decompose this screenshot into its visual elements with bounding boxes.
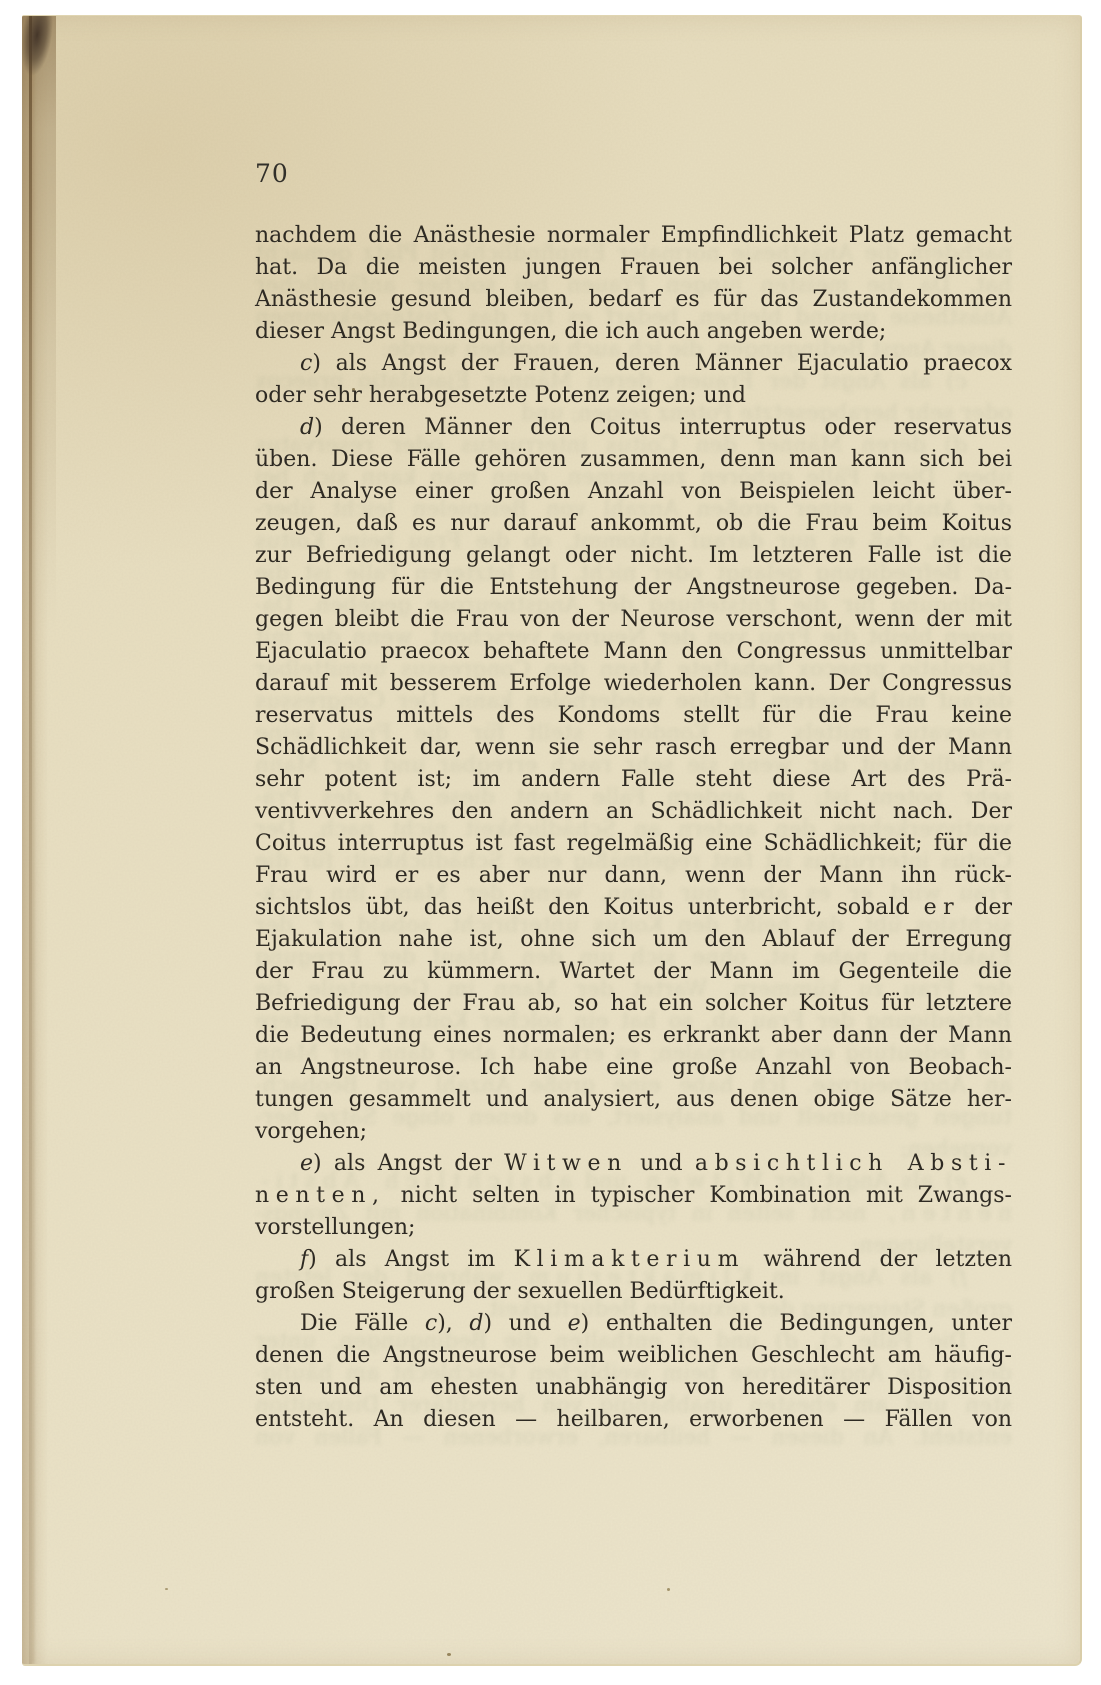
body-text: sichtslos übt, das heißt den Koitus unte… xyxy=(255,895,924,920)
text-line: Frau wird er es aber nur dann, wenn der … xyxy=(255,860,1012,892)
body-text: ) enthalten die Bedingungen, unter xyxy=(581,1311,1012,1336)
text-line: entsteht. An diesen — heilbaren, erworbe… xyxy=(255,1404,1012,1436)
paper-speck xyxy=(165,1588,168,1590)
body-text: ) und xyxy=(483,1311,567,1336)
body-text: sehr potent ist; im andern Falle steht d… xyxy=(255,767,1012,792)
body-text: nicht selten in typischer Kombination mi… xyxy=(386,1183,1012,1208)
body-text: Bedingung für die Entstehung der Angstne… xyxy=(255,575,1012,600)
paper-speck xyxy=(447,1653,451,1656)
body-text: der xyxy=(960,895,1012,920)
text-line: sehr potent ist; im andern Falle steht d… xyxy=(255,764,1012,796)
text-line: darauf mit besserem Erfolge wiederholen … xyxy=(255,668,1012,700)
letterspaced-text: absichtlich Absti- xyxy=(695,1151,1012,1176)
text-line: vorgehen; xyxy=(255,1116,1012,1148)
body-text: dieser Angst Bedingungen, die ich auch a… xyxy=(255,319,886,344)
text-line: gegen bleibt die Frau von der Neurose ve… xyxy=(255,604,1012,636)
letterspaced-text: nenten, xyxy=(255,1183,386,1208)
text-line: oder sehr herabgesetzte Potenz zeigen; u… xyxy=(255,380,1012,412)
body-text: oder sehr herabgesetzte Potenz zeigen; u… xyxy=(255,383,746,408)
text-line: Coitus interruptus ist fast regelmäßig e… xyxy=(255,828,1012,860)
text-line: dieser Angst Bedingungen, die ich auch a… xyxy=(255,316,1012,348)
body-text: Schädlichkeit dar, wenn sie sehr rasch e… xyxy=(255,735,1012,760)
text-line: nenten, nicht selten in typischer Kombin… xyxy=(255,1180,1012,1212)
text-line: nachdem die Anästhesie normaler Empfindl… xyxy=(255,220,1012,252)
text-line: Bedingung für die Entstehung der Angstne… xyxy=(255,572,1012,604)
text-line: die Bedeutung eines normalen; es erkrank… xyxy=(255,1020,1012,1052)
body-text: ), xyxy=(437,1311,469,1336)
body-text: großen Steigerung der sexuellen Bedürfti… xyxy=(255,1279,785,1304)
page-number: 70 xyxy=(255,159,289,188)
body-text: gegen bleibt die Frau von der Neurose ve… xyxy=(255,607,1012,632)
italic-text: c xyxy=(300,351,312,376)
text-line: zeugen, daß es nur darauf ankommt, ob di… xyxy=(255,508,1012,540)
body-text: nachdem die Anästhesie normaler Empfindl… xyxy=(255,223,1012,248)
book-page: nachdem die Anästhesie normaler Empfindl… xyxy=(22,15,1082,1666)
italic-text: d xyxy=(469,1311,483,1336)
paper-speck xyxy=(667,1588,670,1591)
body-text: darauf mit besserem Erfolge wiederholen … xyxy=(255,671,1012,696)
text-line: ventivverkehres den andern an Schädlichk… xyxy=(255,796,1012,828)
text-line: d) deren Männer den Coitus interruptus o… xyxy=(255,412,1012,444)
letterspaced-text: Witwen xyxy=(504,1151,628,1176)
letterspaced-text: er xyxy=(924,895,961,920)
body-text: die Bedeutung eines normalen; es erkrank… xyxy=(255,1023,1012,1048)
text-line: Ejaculatio praecox behaftete Mann den Co… xyxy=(255,636,1012,668)
body-text: während der letzten xyxy=(745,1247,1012,1272)
italic-text: c xyxy=(425,1311,437,1336)
body-text: Befriedigung der Frau ab, so hat ein sol… xyxy=(255,991,1012,1016)
corner-stain xyxy=(22,15,63,114)
text-line: Die Fälle c), d) und e) enthalten die Be… xyxy=(255,1308,1012,1340)
body-text: üben. Diese Fälle gehören zusammen, denn… xyxy=(255,447,1012,472)
body-text: Anästhesie gesund bleiben, bedarf es für… xyxy=(255,287,1012,312)
body-text: ) als Angst im xyxy=(308,1247,513,1272)
body-text: der Analyse einer großen Anzahl von Beis… xyxy=(255,479,1012,504)
text-line: c) als Angst der Frauen, deren Männer Ej… xyxy=(255,348,1012,380)
body-text: hat. Da die meisten jungen Frauen bei so… xyxy=(255,255,1012,280)
text-line: hat. Da die meisten jungen Frauen bei so… xyxy=(255,252,1012,284)
text-line: zur Befriedigung gelangt oder nicht. Im … xyxy=(255,540,1012,572)
text-line: Ejakulation nahe ist, ohne sich um den A… xyxy=(255,924,1012,956)
body-text: zeugen, daß es nur darauf ankommt, ob di… xyxy=(255,511,1012,536)
text-line: großen Steigerung der sexuellen Bedürfti… xyxy=(255,1276,1012,1308)
text-line: Anästhesie gesund bleiben, bedarf es für… xyxy=(255,284,1012,316)
binding-fold-line xyxy=(29,16,32,1664)
text-line: Befriedigung der Frau ab, so hat ein sol… xyxy=(255,988,1012,1020)
text-line: e) als Angst der Witwen und absichtlich … xyxy=(255,1148,1012,1180)
body-text: und xyxy=(628,1151,695,1176)
body-text: reservatus mittels des Kondoms stellt fü… xyxy=(255,703,1012,728)
text-block: nachdem die Anästhesie normaler Empfindl… xyxy=(255,220,1012,1436)
text-line: denen die Angstneurose beim weiblichen G… xyxy=(255,1340,1012,1372)
text-line: üben. Diese Fälle gehören zusammen, denn… xyxy=(255,444,1012,476)
text-line: der Analyse einer großen Anzahl von Beis… xyxy=(255,476,1012,508)
text-line: tungen gesammelt und analysiert, aus den… xyxy=(255,1084,1012,1116)
text-line: reservatus mittels des Kondoms stellt fü… xyxy=(255,700,1012,732)
text-line: an Angstneurose. Ich habe eine große Anz… xyxy=(255,1052,1012,1084)
body-text: Ejaculatio praecox behaftete Mann den Co… xyxy=(255,639,1012,664)
body-text: Frau wird er es aber nur dann, wenn der … xyxy=(255,863,1012,888)
text-line: vorstellungen; xyxy=(255,1212,1012,1244)
italic-text: e xyxy=(300,1151,313,1176)
body-text: ventivverkehres den andern an Schädlichk… xyxy=(255,799,1012,824)
body-text: zur Befriedigung gelangt oder nicht. Im … xyxy=(255,543,1012,568)
text-line: der Frau zu kümmern. Wartet der Mann im … xyxy=(255,956,1012,988)
body-text: Ejakulation nahe ist, ohne sich um den A… xyxy=(255,927,1012,952)
text-line: f) als Angst im Klimakterium während der… xyxy=(255,1244,1012,1276)
scan-background: nachdem die Anästhesie normaler Empfindl… xyxy=(0,0,1101,1685)
body-text: tungen gesammelt und analysiert, aus den… xyxy=(255,1087,1012,1112)
text-line: sten und am ehesten unabhängig von hered… xyxy=(255,1372,1012,1404)
italic-text: d xyxy=(300,415,314,440)
body-text: der Frau zu kümmern. Wartet der Mann im … xyxy=(255,959,1012,984)
body-text: vorstellungen; xyxy=(255,1215,415,1240)
body-text: entsteht. An diesen — heilbaren, erworbe… xyxy=(255,1407,1012,1432)
letterspaced-text: Klimakterium xyxy=(514,1247,745,1272)
text-line: Schädlichkeit dar, wenn sie sehr rasch e… xyxy=(255,732,1012,764)
body-text: ) als Angst der Frauen, deren Männer Eja… xyxy=(312,351,1012,376)
body-text: an Angstneurose. Ich habe eine große Anz… xyxy=(255,1055,1012,1080)
body-text: ) deren Männer den Coitus interruptus od… xyxy=(314,415,1012,440)
body-text: Coitus interruptus ist fast regelmäßig e… xyxy=(255,831,1012,856)
body-text: denen die Angstneurose beim weiblichen G… xyxy=(255,1343,1012,1368)
body-text: vorgehen; xyxy=(255,1119,367,1144)
body-text: Die Fälle xyxy=(300,1311,425,1336)
italic-text: e xyxy=(568,1311,581,1336)
text-line: sichtslos übt, das heißt den Koitus unte… xyxy=(255,892,1012,924)
body-text: ) als Angst der xyxy=(313,1151,504,1176)
body-text: sten und am ehesten unabhängig von hered… xyxy=(255,1375,1012,1400)
italic-text: f xyxy=(300,1247,308,1272)
